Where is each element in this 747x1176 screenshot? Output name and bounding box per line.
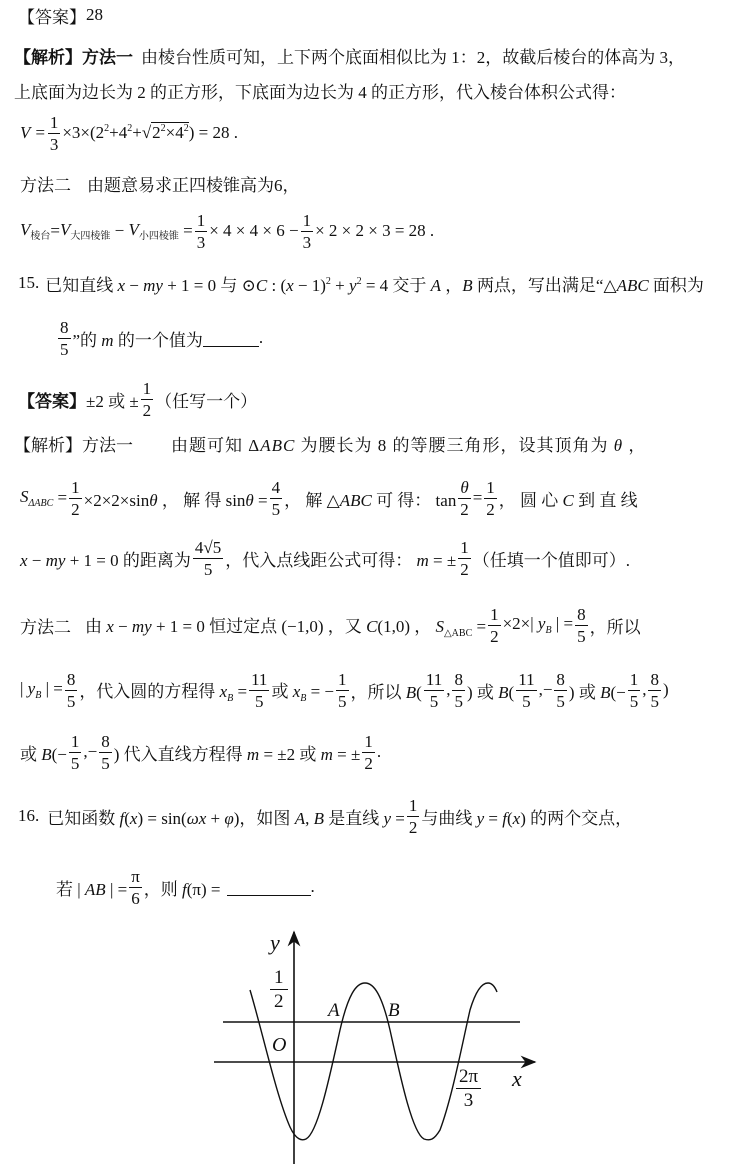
sine-graph <box>0 0 747 1176</box>
half-tick-label: 1 2 <box>270 968 288 1011</box>
y-axis-label: y <box>270 930 280 956</box>
point-b-label: B <box>388 1000 400 1022</box>
point-a-label: A <box>328 1000 340 1022</box>
x-axis-label: x <box>512 1066 522 1092</box>
two-pi-over-three-tick-label: 2π 3 <box>456 1067 481 1110</box>
origin-label: O <box>272 1034 286 1057</box>
